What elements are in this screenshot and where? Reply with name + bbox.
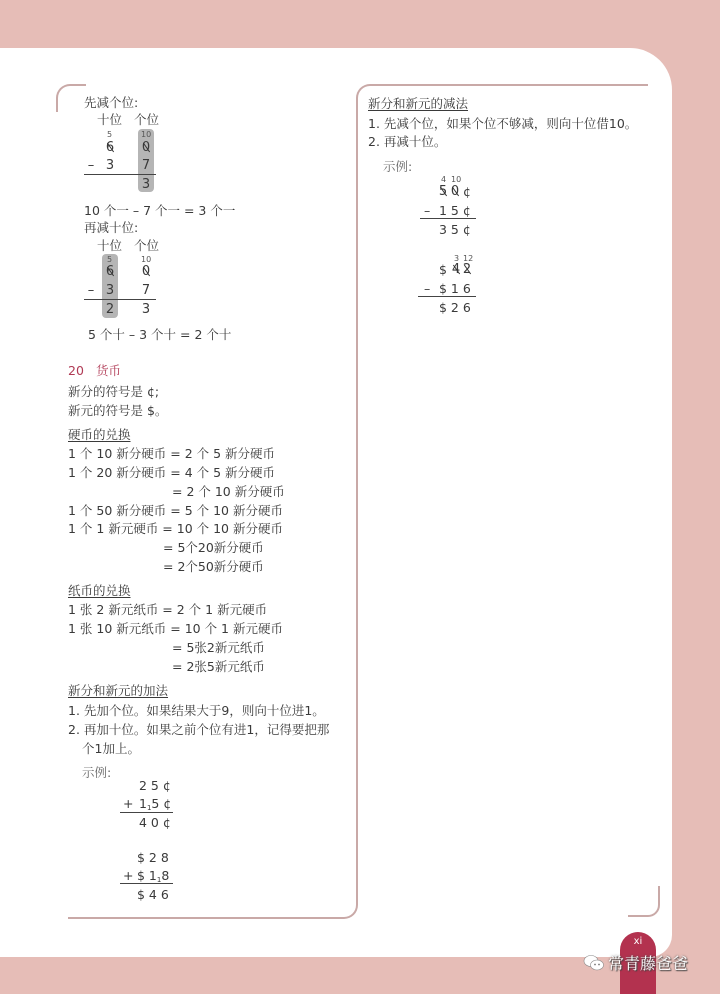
add-ex1-top: 2 5 ¢ — [139, 778, 171, 793]
frame-left-bottom — [68, 884, 358, 919]
add-ex1-result: 4 0 ¢ — [139, 815, 171, 830]
sub-ex1-result: 3 5 ¢ — [439, 222, 471, 237]
sub-ex2-result: $ 2 6 — [439, 300, 471, 315]
wechat-icon — [583, 954, 605, 972]
coin-exchange-heading: 硬币的兑换 — [68, 427, 131, 442]
subtrahend-ones: 7 — [140, 158, 152, 173]
result-ones: 3 — [140, 177, 152, 192]
minus-sign: – — [424, 203, 430, 218]
add-ex2-plus: + — [123, 868, 133, 883]
header-tens: 十位 — [97, 112, 122, 127]
note-line: = 5张2新元纸币 — [172, 640, 265, 655]
tens-step-label: 再减十位: — [84, 220, 138, 235]
coin-line: 1 个 20 新分硬币 = 4 个 5 新分硬币 — [68, 465, 275, 480]
example-label: 示例: — [82, 765, 111, 780]
crossed-digit-tens: 6 — [104, 264, 116, 279]
subtrahend-tens: 3 — [104, 283, 116, 298]
minus-sign: – — [85, 158, 97, 173]
add-ex2-top: $ 2 8 — [137, 850, 169, 865]
coin-line: = 5个20新分硬币 — [163, 540, 264, 555]
tens-equation: 5 个十 – 3 个十 = 2 个十 — [88, 327, 231, 342]
frame-corner-top-left — [56, 84, 86, 112]
header-ones: 个位 — [134, 112, 159, 127]
coin-line: 1 个 1 新元硬币 = 10 个 10 新分硬币 — [68, 521, 283, 536]
coin-line: 1 个 50 新分硬币 = 5 个 10 新分硬币 — [68, 503, 283, 518]
section-title: 货币 — [96, 363, 121, 378]
watermark-text: 常青藤爸爸 — [608, 951, 688, 974]
crossed-digit-ones: 0 — [140, 264, 152, 279]
add-ex1-bottom: 115 ¢ — [139, 796, 171, 816]
result-tens: 2 — [104, 302, 116, 317]
borrow-ones: 10 — [141, 255, 151, 264]
borrow-tens: 5 — [107, 130, 112, 139]
frame-corner-bottom-right — [628, 886, 660, 917]
header-tens: 十位 — [97, 238, 122, 253]
page-number: xi — [620, 936, 656, 947]
note-line: 1 张 2 新元纸币 = 2 个 1 新元硬币 — [68, 602, 267, 617]
sub-ex1-bottom: 1 5 ¢ — [439, 203, 471, 218]
note-line: = 2张5新元纸币 — [172, 659, 265, 674]
crossed-digit-ones: 0 — [449, 184, 461, 199]
sum-line — [420, 218, 476, 219]
subtraction-step: 1. 先减个位，如果个位不够减，则向十位借10。 — [368, 116, 637, 131]
add-ex2-result: $ 4 6 — [137, 887, 169, 902]
crossed-digit-tens: 6 — [104, 140, 116, 155]
dollar-sign: $ — [439, 262, 447, 277]
subtraction-step: 2. 再减十位。 — [368, 134, 446, 149]
note-line: 1 张 10 新元纸币 = 10 个 1 新元硬币 — [68, 621, 283, 636]
crossed-digit-ones: 0 — [140, 140, 152, 155]
subtrahend-tens: 3 — [104, 158, 116, 173]
sum-line — [120, 883, 173, 884]
borrow-tens: 5 — [107, 255, 112, 264]
sum-line — [120, 812, 173, 813]
minus-sign: – — [424, 281, 430, 296]
frame-divider-top — [356, 84, 648, 886]
minus-sign: – — [85, 283, 97, 298]
coin-line: 1 个 10 新分硬币 = 2 个 5 新分硬币 — [68, 446, 275, 461]
crossed-digit-ones: 2 — [461, 262, 473, 277]
section-number: 20 — [68, 363, 84, 378]
addition-step: 个1加上。 — [82, 741, 140, 756]
cent-unit: ¢ — [463, 184, 471, 199]
note-exchange-heading: 纸币的兑换 — [68, 583, 131, 598]
sum-line — [84, 299, 156, 300]
addition-step: 1. 先加个位。如果结果大于9，则向十位进1。 — [68, 703, 325, 718]
borrow-ones: 10 — [141, 130, 151, 139]
addition-step: 2. 再加十位。如果之前个位有进1，记得要把那 — [68, 722, 329, 737]
cent-symbol-text: 新分的符号是 ¢; — [68, 384, 159, 399]
sum-line — [84, 174, 156, 175]
sub-ex2-bottom: $ 1 6 — [439, 281, 471, 296]
subtrahend-ones: 7 — [140, 283, 152, 298]
subtraction-heading: 新分和新元的减法 — [368, 96, 468, 111]
dollar-symbol-text: 新元的符号是 $。 — [68, 403, 167, 418]
coin-line: = 2 个 10 新分硬币 — [172, 484, 285, 499]
add-ex1-plus: + — [123, 796, 133, 811]
borrow-tens: 4 — [441, 175, 446, 184]
ones-equation: 10 个一 – 7 个一 = 3 个一 — [84, 203, 235, 218]
example-label: 示例: — [383, 159, 412, 174]
borrow-ones: 10 — [451, 175, 461, 184]
sum-line — [418, 296, 476, 297]
result-ones: 3 — [140, 302, 152, 317]
addition-heading: 新分和新元的加法 — [68, 683, 168, 698]
ones-step-label: 先减个位: — [84, 95, 138, 110]
crossed-digit-tens: 5 — [437, 184, 449, 199]
header-ones: 个位 — [134, 238, 159, 253]
coin-line: = 2个50新分硬币 — [163, 559, 264, 574]
add-ex2-bottom: $ 118 — [137, 868, 169, 888]
